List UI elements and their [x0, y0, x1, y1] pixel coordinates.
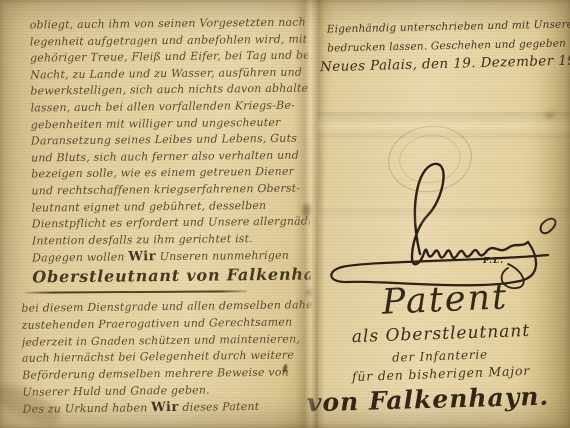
urkund-post: dieses Patent: [179, 400, 260, 414]
recipient-name-line: Oberstleutnant von Falkenhayn: [32, 266, 310, 286]
wir-fraktur-word: Wir: [128, 249, 156, 264]
closing-formula-text: Eigenhändig unterschrieben und mit Unser…: [327, 16, 566, 59]
wir-fraktur-word: Wir: [151, 400, 179, 415]
body-line: Dienstpflicht es erfordert und Unsere al…: [32, 214, 310, 234]
countersignature-initials: F.L.: [483, 256, 504, 266]
left-page-lower-text: bei diesem Dienstgrade und allen demselb…: [21, 297, 312, 418]
urkund-pre: Des zu Urkund haben: [23, 401, 152, 416]
dagegen-line: Dagegen wollen Wir Unseren nunmehrigen: [32, 248, 310, 268]
body-line: und rechtschaffenen kriegserfahrenen Obe…: [31, 180, 309, 200]
urkund-line: Des zu Urkund haben Wir dieses Patent: [23, 398, 313, 418]
body-line: Intention desfalls zu ihm gerichtet ist.: [32, 230, 310, 250]
dagegen-post: Unseren nunmehrigen: [156, 249, 289, 263]
left-page-body-text: obliegt, auch ihm von seinen Vorgesetzte…: [30, 15, 311, 286]
body-line: Beförderung demselben mehrere Beweise vo…: [22, 364, 312, 384]
dagegen-pre: Dagegen wollen: [32, 251, 128, 265]
patent-document-photo: obliegt, auch ihm von seinen Vorgesetzte…: [0, 0, 570, 428]
